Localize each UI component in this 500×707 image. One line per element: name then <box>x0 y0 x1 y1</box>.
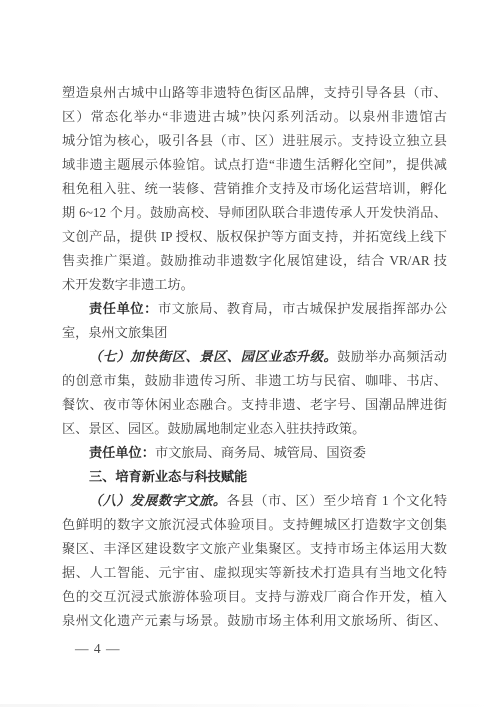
subsection-heading: （八）发展数字文旅。 <box>89 493 227 508</box>
document-body: 塑造泉州古城中山路等非遗特色街区品牌，支持引导各县（市、区）常态化举办“非遗进古… <box>62 81 447 659</box>
text-line: 据、人工智能、元宇宙、虚拟现实等新技术打造具有当地文化特 <box>62 561 447 585</box>
text-line: 区）常态化举办“非遗进古城”快闪系列活动。以泉州非遗馆古 <box>62 105 447 129</box>
text-line: （七）加快街区、景区、园区业态升级。鼓励举办高频活动 <box>62 345 447 369</box>
text-line: （八）发展数字文旅。各县（市、区）至少培育 1 个文化特 <box>62 489 447 513</box>
body-text: 餐饮、夜市等休闲业态融合。支持非遗、老字号、国潮品牌进街 <box>62 397 447 412</box>
document-page: 塑造泉州古城中山路等非遗特色街区品牌，支持引导各县（市、区）常态化举办“非遗进古… <box>0 0 500 707</box>
text-line: 三、培育新业态与科技赋能 <box>62 465 447 489</box>
body-text: 的创意市集，鼓励非遗传习所、非遗工坊与民宿、咖啡、书店、 <box>62 373 447 388</box>
body-text: 术开发数字非遗工坊。 <box>62 277 194 292</box>
body-text: 市文旅局、教育局，市古城保护发展指挥部办公 <box>158 301 447 316</box>
body-text: 期 6~12 个月。鼓励高校、导师团队联合非遗传承人开发快消品、 <box>62 205 447 220</box>
text-line: 责任单位：市文旅局、商务局、城管局、国资委 <box>62 441 447 465</box>
subsection-heading: （七）加快街区、景区、园区业态升级。 <box>89 349 337 364</box>
body-text: 域非遗主题展示体验馆。试点打造“非遗生活孵化空间”，提供减 <box>62 157 447 172</box>
body-text: 售卖推广渠道。鼓励推动非遗数字化展馆建设，结合 VR/AR 技 <box>62 253 447 268</box>
body-text: 色鲜明的数字文旅沉浸式体验项目。支持鲤城区打造数字文创集 <box>62 517 447 532</box>
page-number: — 4 — <box>62 639 447 659</box>
text-line: 的创意市集，鼓励非遗传习所、非遗工坊与民宿、咖啡、书店、 <box>62 369 447 393</box>
body-text: 聚区、丰泽区建设数字文旅产业集聚区。支持市场主体运用大数 <box>62 541 447 556</box>
text-line: 城分馆为核心，吸引各县（市、区）进驻展示。支持设立独立县 <box>62 129 447 153</box>
responsibility-label: 责任单位： <box>89 301 158 316</box>
body-text: 鼓励举办高频活动 <box>337 349 447 364</box>
body-text: 区、景区、园区。鼓励属地制定业态入驻扶持政策。 <box>62 421 365 436</box>
body-text: 文创产品，提供 IP 授权、版权保护等方面支持，并拓宽线上线下 <box>62 229 447 244</box>
text-line: 期 6~12 个月。鼓励高校、导师团队联合非遗传承人开发快消品、 <box>62 201 447 225</box>
text-line: 色的交互沉浸式旅游体验项目。支持与游戏厂商合作开发，植入 <box>62 585 447 609</box>
text-line: 文创产品，提供 IP 授权、版权保护等方面支持，并拓宽线上线下 <box>62 225 447 249</box>
text-line: 域非遗主题展示体验馆。试点打造“非遗生活孵化空间”，提供减 <box>62 153 447 177</box>
responsibility-label: 责任单位： <box>89 445 155 460</box>
body-text: 色的交互沉浸式旅游体验项目。支持与游戏厂商合作开发，植入 <box>62 589 447 604</box>
text-line: 室，泉州文旅集团 <box>62 321 447 345</box>
text-line: 区、景区、园区。鼓励属地制定业态入驻扶持政策。 <box>62 417 447 441</box>
text-line: 餐饮、夜市等休闲业态融合。支持非遗、老字号、国潮品牌进街 <box>62 393 447 417</box>
text-lines-container: 塑造泉州古城中山路等非遗特色街区品牌，支持引导各县（市、区）常态化举办“非遗进古… <box>62 81 447 633</box>
body-text: 市文旅局、商务局、城管局、国资委 <box>155 445 366 460</box>
body-text: 区）常态化举办“非遗进古城”快闪系列活动。以泉州非遗馆古 <box>62 109 447 124</box>
text-line: 泉州文化遗产元素与场景。鼓励市场主体利用文旅场所、街区、 <box>62 609 447 633</box>
text-line: 塑造泉州古城中山路等非遗特色街区品牌，支持引导各县（市、 <box>62 81 447 105</box>
text-line: 色鲜明的数字文旅沉浸式体验项目。支持鲤城区打造数字文创集 <box>62 513 447 537</box>
body-text: 租免租入驻、统一装修、营销推介支持及市场化运营培训，孵化 <box>62 181 447 196</box>
text-line: 责任单位：市文旅局、教育局，市古城保护发展指挥部办公 <box>62 297 447 321</box>
text-line: 售卖推广渠道。鼓励推动非遗数字化展馆建设，结合 VR/AR 技 <box>62 249 447 273</box>
body-text: 据、人工智能、元宇宙、虚拟现实等新技术打造具有当地文化特 <box>62 565 447 580</box>
body-text: 泉州文化遗产元素与场景。鼓励市场主体利用文旅场所、街区、 <box>62 613 447 628</box>
body-text: 塑造泉州古城中山路等非遗特色街区品牌，支持引导各县（市、 <box>62 85 447 100</box>
section-heading: 三、培育新业态与科技赋能 <box>89 469 247 484</box>
body-text: 室，泉州文旅集团 <box>62 325 168 340</box>
text-line: 租免租入驻、统一装修、营销推介支持及市场化运营培训，孵化 <box>62 177 447 201</box>
body-text: 城分馆为核心，吸引各县（市、区）进驻展示。支持设立独立县 <box>62 133 447 148</box>
text-line: 术开发数字非遗工坊。 <box>62 273 447 297</box>
text-line: 聚区、丰泽区建设数字文旅产业集聚区。支持市场主体运用大数 <box>62 537 447 561</box>
body-text: 各县（市、区）至少培育 1 个文化特 <box>227 493 447 508</box>
